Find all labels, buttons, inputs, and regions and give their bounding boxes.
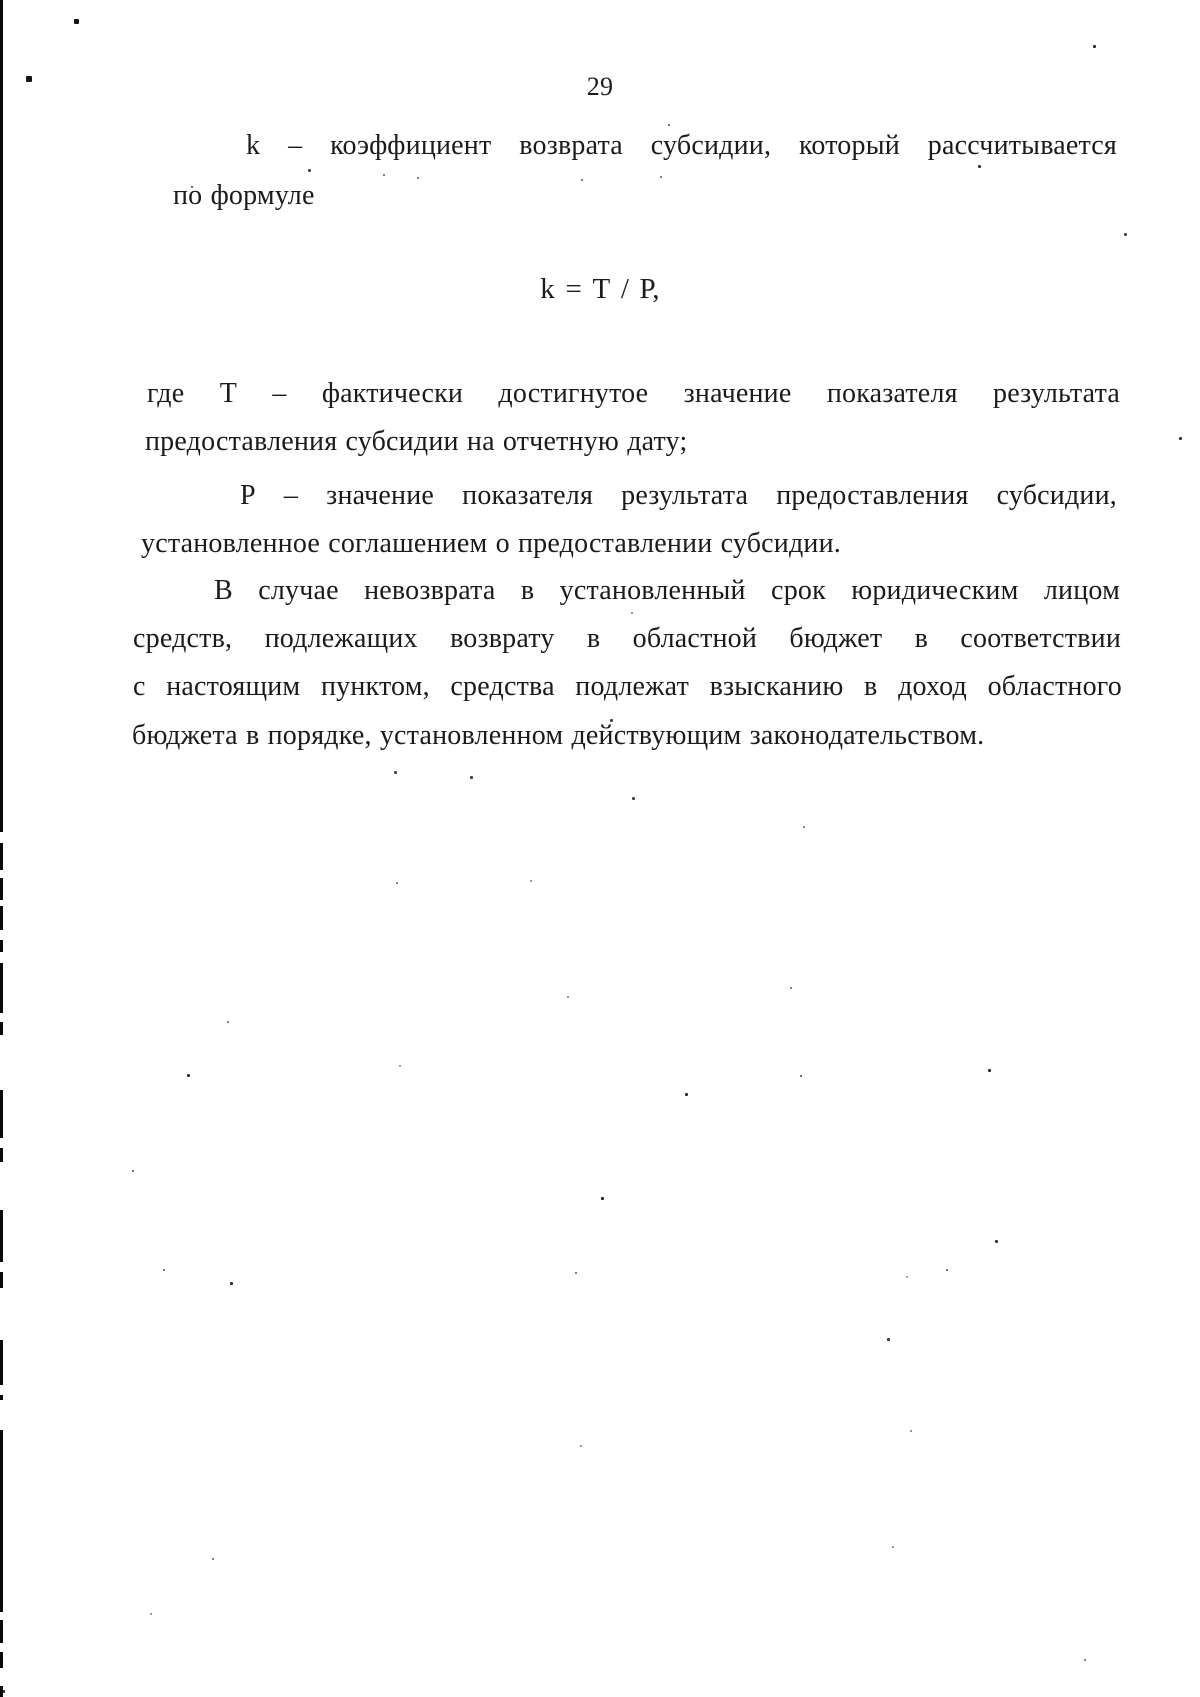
ink-speck xyxy=(191,186,193,188)
paragraph-2-line-2: предоставления субсидии на отчетную дату… xyxy=(145,425,687,459)
paragraph-4-line-1: В случае невозврата в установленный срок… xyxy=(214,574,1120,608)
ink-speck xyxy=(417,177,419,179)
left-edge-scan-line xyxy=(0,1652,3,1668)
paragraph-2-line-1: где Т – фактически достигнутое значение … xyxy=(147,377,1120,411)
ink-speck xyxy=(1179,437,1182,440)
ink-speck xyxy=(892,1546,894,1548)
ink-speck xyxy=(2,1690,5,1693)
formula-k-equals-t-over-p: k = Т / Р, xyxy=(0,272,1200,306)
left-edge-scan-line xyxy=(0,906,3,930)
ink-speck xyxy=(396,882,398,884)
left-edge-scan-line xyxy=(0,1272,3,1288)
ink-speck xyxy=(995,1240,998,1243)
ink-speck xyxy=(906,1276,908,1278)
left-edge-scan-line xyxy=(0,0,3,832)
paragraph-4-line-3: с настоящим пунктом, средства подлежат в… xyxy=(133,670,1122,704)
ink-speck xyxy=(26,76,32,82)
ink-speck xyxy=(1093,45,1096,48)
ink-speck xyxy=(187,1074,190,1077)
left-edge-scan-line xyxy=(0,1395,3,1400)
ink-speck xyxy=(470,776,473,779)
ink-speck xyxy=(212,1558,214,1560)
left-edge-scan-line xyxy=(0,1022,3,1035)
ink-speck xyxy=(988,1069,991,1072)
ink-speck xyxy=(946,1269,948,1271)
left-edge-scan-line xyxy=(0,878,3,900)
ink-speck xyxy=(668,124,670,126)
ink-speck xyxy=(530,880,532,882)
left-edge-scan-line xyxy=(0,1210,3,1262)
left-edge-scan-line xyxy=(0,1340,3,1385)
ink-speck xyxy=(277,637,279,639)
ink-speck xyxy=(800,1075,802,1077)
paragraph-4-line-4: бюджета в порядке, установленном действу… xyxy=(132,719,984,753)
ink-speck xyxy=(399,1065,401,1067)
paragraph-3-line-2: установленное соглашением о предоставлен… xyxy=(141,527,841,561)
left-edge-scan-line xyxy=(0,963,3,1013)
ink-speck xyxy=(230,1282,233,1285)
ink-speck xyxy=(150,1613,152,1615)
ink-speck xyxy=(163,1269,165,1271)
ink-speck xyxy=(575,1272,577,1274)
ink-speck xyxy=(383,174,385,176)
ink-speck xyxy=(394,771,397,774)
paragraph-4-line-2: средств, подлежащих возврату в областной… xyxy=(133,622,1121,656)
paragraph-3-line-1: Р – значение показателя результата предо… xyxy=(240,479,1117,513)
ink-speck xyxy=(978,165,981,168)
ink-speck xyxy=(887,1338,890,1341)
left-edge-scan-line xyxy=(0,1090,3,1138)
left-edge-scan-line xyxy=(0,1148,3,1162)
scanned-document-page: 29 k – коэффициент возврата субсидии, ко… xyxy=(0,0,1200,1697)
ink-speck xyxy=(1124,233,1127,236)
ink-speck xyxy=(74,19,79,24)
left-edge-scan-line xyxy=(0,940,3,952)
ink-speck xyxy=(660,176,662,178)
ink-speck xyxy=(1084,1659,1086,1661)
ink-speck xyxy=(308,169,311,172)
ink-speck xyxy=(581,179,583,181)
ink-speck xyxy=(910,1430,912,1432)
left-edge-scan-line xyxy=(0,1620,3,1643)
page-number: 29 xyxy=(0,70,1200,104)
left-edge-scan-line xyxy=(0,1430,3,1612)
ink-speck xyxy=(610,719,613,722)
ink-speck xyxy=(567,996,569,998)
ink-speck xyxy=(685,1093,688,1096)
paragraph-1-line-1: k – коэффициент возврата субсидии, котор… xyxy=(246,129,1117,163)
paragraph-1-line-2: по формуле xyxy=(173,179,315,213)
ink-speck xyxy=(803,826,805,828)
ink-speck xyxy=(601,1197,604,1200)
ink-speck xyxy=(132,1170,134,1172)
left-edge-scan-line xyxy=(0,843,3,870)
ink-speck xyxy=(790,987,792,989)
ink-speck xyxy=(632,797,635,800)
ink-speck xyxy=(580,1445,582,1447)
ink-speck xyxy=(227,1021,229,1023)
ink-speck xyxy=(631,612,633,614)
